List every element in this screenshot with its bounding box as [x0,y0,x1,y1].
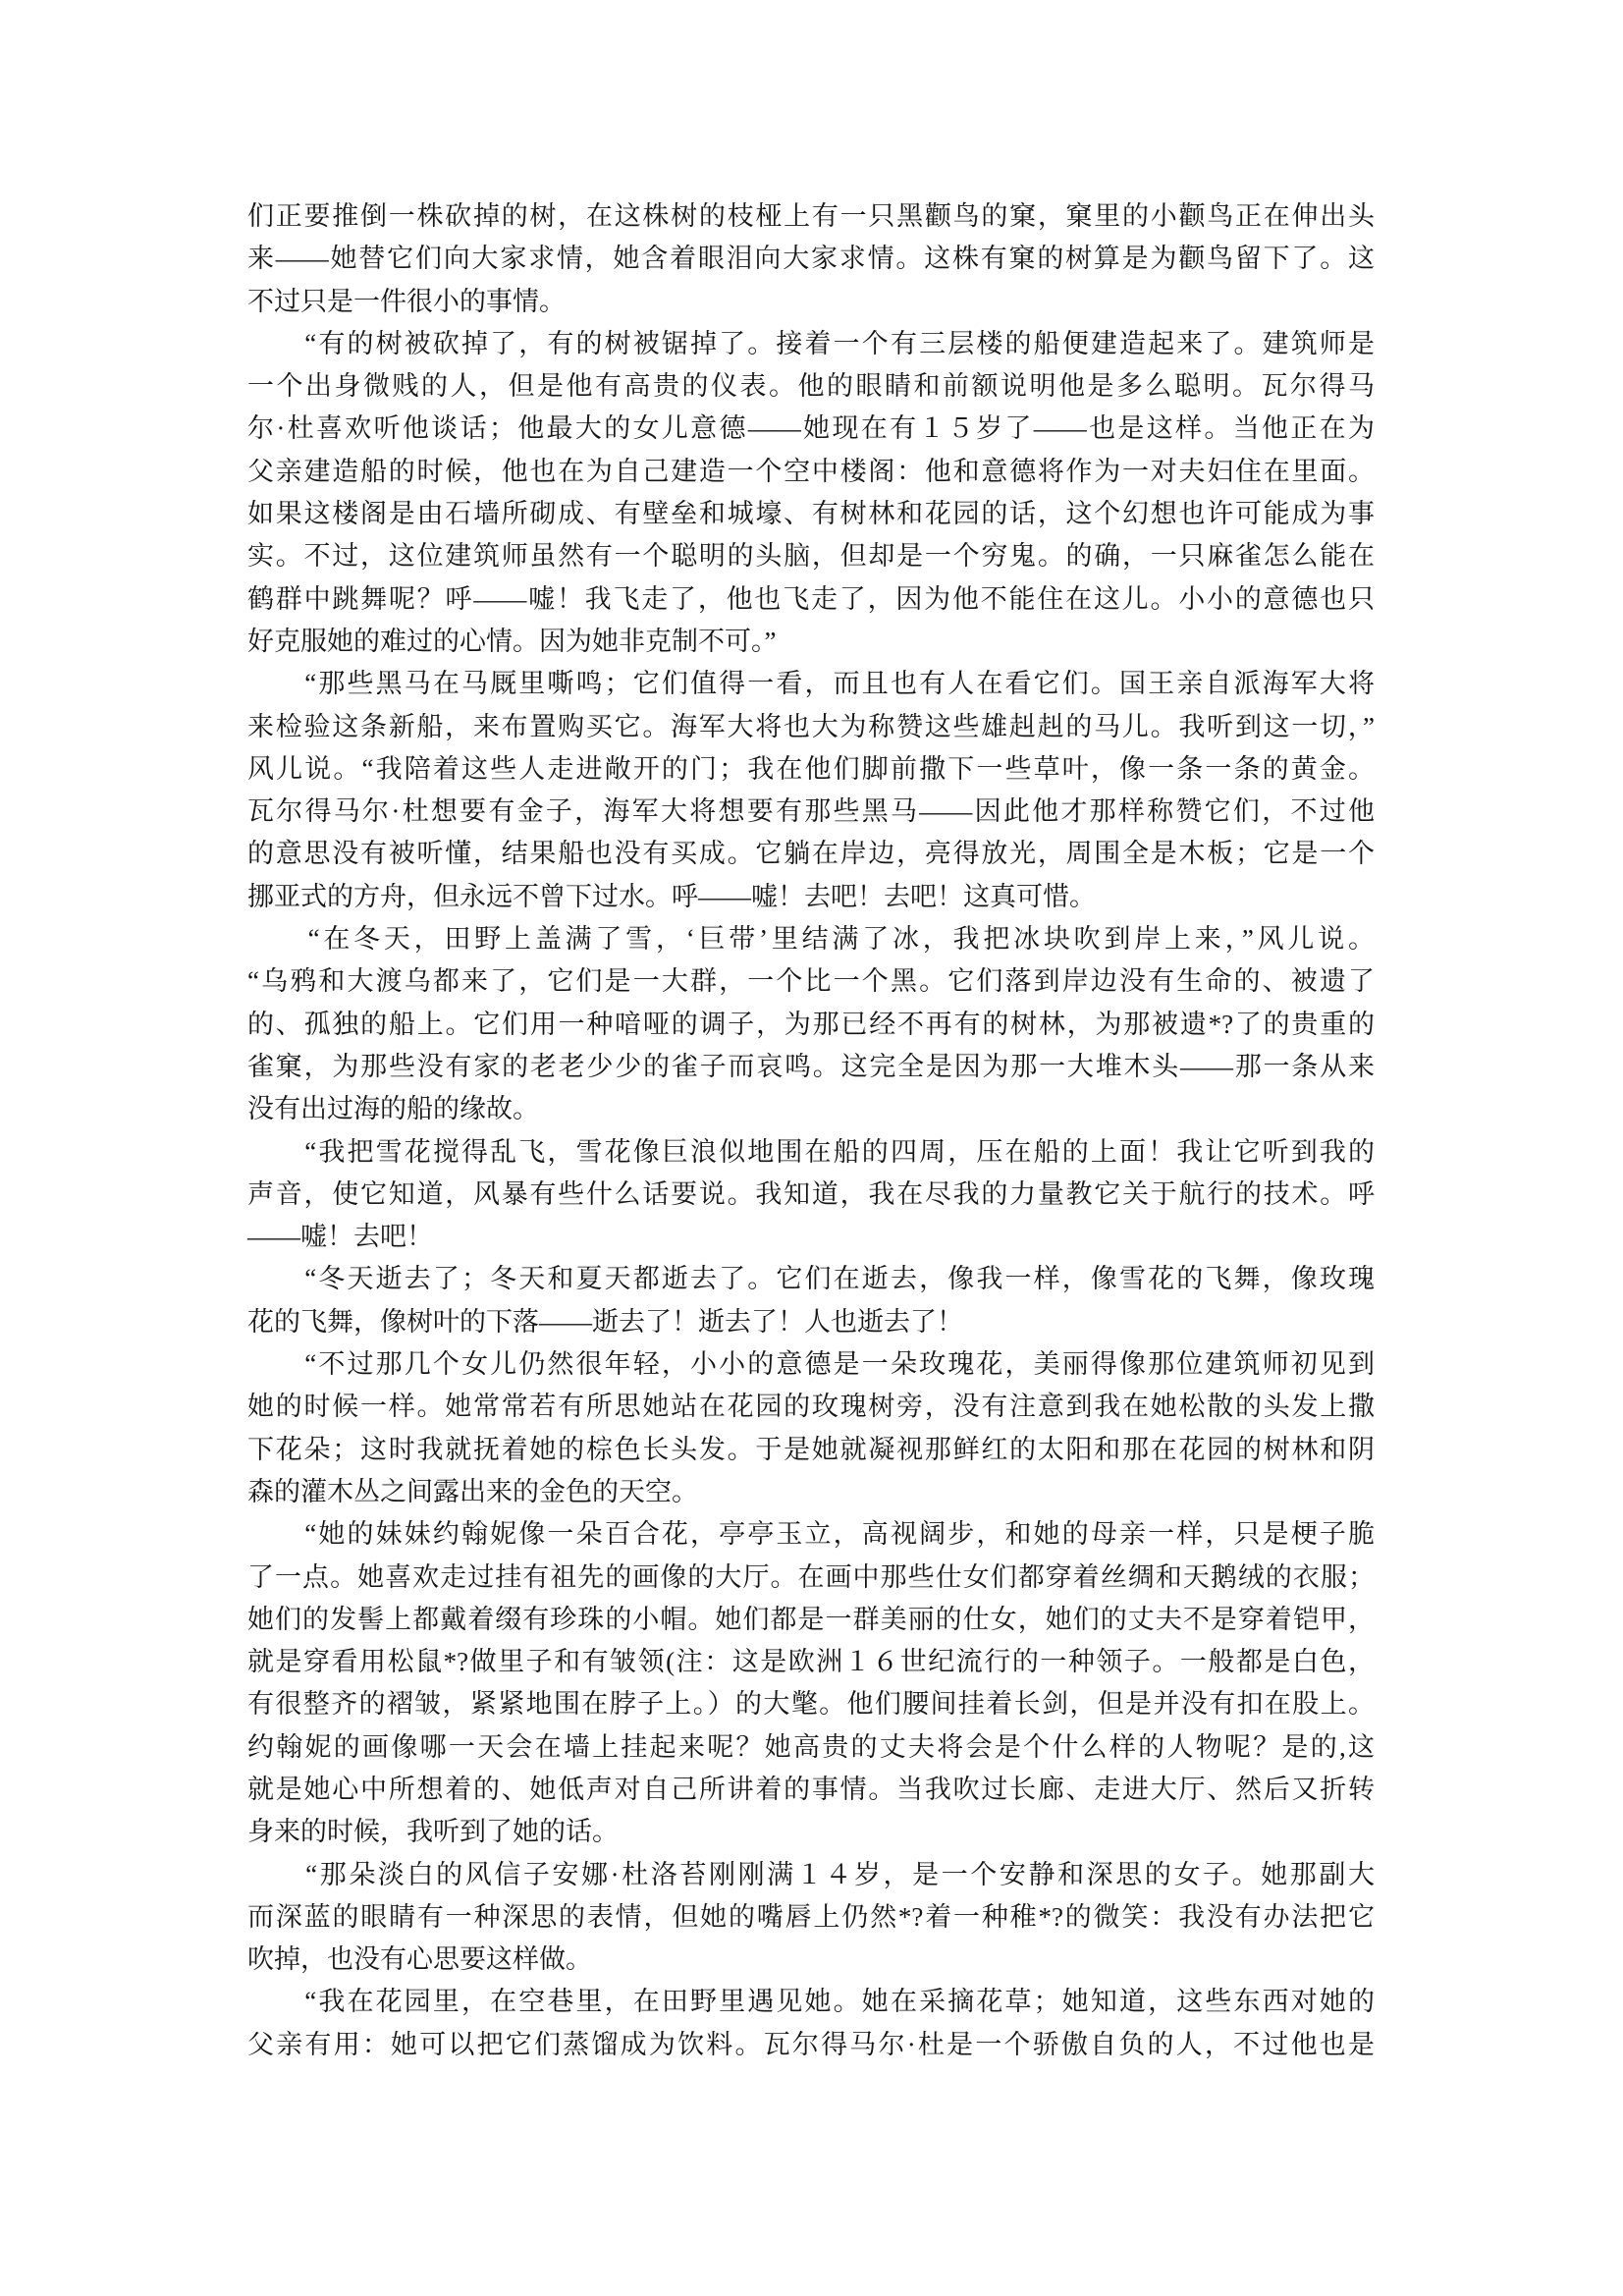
text-line: 来——她替它们向大家求情，她含着眼泪向大家求情。这株有窠的树算是为颧鸟留下了。这 [247,238,1375,280]
text-line: “冬天逝去了；冬天和夏天都逝去了。它们在逝去，像我一样，像雪花的飞舞，像玫瑰 [247,1258,1375,1300]
text-line: 而深蓝的眼睛有一种深思的表情，但她的嘴唇上仍然*?着一种稚*?的微笑：我没有办法… [247,1896,1375,1939]
text-line: 了一点。她喜欢走过挂有祖先的画像的大厅。在画中那些仕女们都穿着丝绸和天鹅绒的衣服… [247,1557,1375,1599]
text-line: 风儿说。“我陪着这些人走进敞开的门；我在他们脚前撒下一些草叶，像一条一条的黄金。 [247,748,1375,791]
text-line: 鹤群中跳舞呢？呼——嘘！我飞走了，他也飞走了，因为他不能住在这儿。小小的意德也只 [247,578,1375,621]
text-line: 尔·杜喜欢听他谈话；他最大的女儿意德——她现在有１５岁了——也是这样。当他正在为 [247,408,1375,450]
text-line: 瓦尔得马尔·杜想要有金子，海军大将想要有那些黑马——因此他才那样称赞它们，不过他 [247,791,1375,833]
text-line: 雀窠，为那些没有家的老老少少的雀子而哀鸣。这完全是因为那一大堆木头——那一条从来 [247,1046,1375,1088]
text-line: “有的树被砍掉了，有的树被锯掉了。接着一个有三层楼的船便建造起来了。建筑师是 [247,323,1375,365]
text-line: 父亲建造船的时候，他也在为自己建造一个空中楼阁：他和意德将作为一对夫妇住在里面。 [247,451,1375,493]
text-line: 声音，使它知道，风暴有些什么话要说。我知道，我在尽我的力量教它关于航行的技术。呼 [247,1174,1375,1216]
text-line: 不过只是一件很小的事情。 [247,281,1375,323]
text-line: 有很整齐的褶皱，紧紧地围在脖子上。）的大氅。他们腰间挂着长剑，但是并没有扣在股上… [247,1683,1375,1725]
text-line: “我把雪花搅得乱飞，雪花像巨浪似地围在船的四周，压在船的上面！我让它听到我的 [247,1131,1375,1174]
text-line: 森的灌木丛之间露出来的金色的天空。 [247,1471,1375,1513]
text-line: 下花朵；这时我就抚着她的棕色长头发。于是她就凝视那鲜红的太阳和那在花园的树林和阴 [247,1429,1375,1471]
text-line: “不过那几个女儿仍然很年轻，小小的意德是一朵玫瑰花，美丽得像那位建筑师初见到 [247,1343,1375,1386]
text-line: 没有出过海的船的缘故。 [247,1088,1375,1130]
text-line: 们正要推倒一株砍掉的树，在这株树的枝桠上有一只黑颧鸟的窠，窠里的小颧鸟正在伸出头 [247,195,1375,238]
text-line: 挪亚式的方舟，但永远不曾下过水。呼——嘘！去吧！去吧！这真可惜。 [247,876,1375,918]
page-text: 们正要推倒一株砍掉的树，在这株树的枝桠上有一只黑颧鸟的窠，窠里的小颧鸟正在伸出头… [247,195,1375,2066]
text-line: 身来的时候，我听到了她的话。 [247,1811,1375,1853]
text-line: 就是穿看用松鼠*?做里子和有皱领(注：这是欧洲１６世纪流行的一种领子。一般都是白… [247,1641,1375,1683]
text-line: 吹掉，也没有心思要这样做。 [247,1939,1375,1981]
text-line: 实。不过，这位建筑师虽然有一个聪明的头脑，但却是一个穷鬼。的确，一只麻雀怎么能在 [247,535,1375,577]
document-page: 们正要推倒一株砍掉的树，在这株树的枝桠上有一只黑颧鸟的窠，窠里的小颧鸟正在伸出头… [0,0,1623,2296]
text-line: “乌鸦和大渡乌都来了，它们是一大群，一个比一个黑。它们落到岸边没有生命的、被遗了 [247,960,1375,1003]
text-line: 的意思没有被听懂，结果船也没有买成。它躺在岸边，亮得放光，周围全是木板；它是一个 [247,833,1375,875]
text-line: 约翰妮的画像哪一天会在墙上挂起来呢？她高贵的丈夫将会是个什么样的人物呢？是的,这 [247,1726,1375,1769]
text-line: “那些黑马在马厩里嘶鸣；它们值得一看，而且也有人在看它们。国王亲自派海军大将 [247,663,1375,705]
text-line: 花的飞舞，像树叶的下落——逝去了！逝去了！人也逝去了！ [247,1301,1375,1343]
text-line: “那朵淡白的风信子安娜·杜洛苔刚刚满１４岁，是一个安静和深思的女子。她那副大 [247,1854,1375,1896]
text-line: 她的时候一样。她常常若有所思她站在花园的玫瑰树旁，没有注意到我在她松散的头发上撒 [247,1386,1375,1428]
text-line: 如果这楼阁是由石墙所砌成、有壁垒和城壕、有树林和花园的话，这个幻想也许可能成为事 [247,493,1375,535]
text-line: 就是她心中所想着的、她低声对自己所讲着的事情。当我吹过长廊、走进大厅、然后又折转 [247,1769,1375,1811]
text-line: 一个出身微贱的人，但是他有高贵的仪表。他的眼睛和前额说明他是多么聪明。瓦尔得马 [247,365,1375,408]
text-line: “我在花园里，在空巷里，在田野里遇见她。她在采摘花草；她知道，这些东西对她的 [247,1981,1375,2023]
text-line: 父亲有用：她可以把它们蒸馏成为饮料。瓦尔得马尔·杜是一个骄傲自负的人，不过他也是 [247,2024,1375,2066]
text-line: 好克服她的难过的心情。因为她非克制不可。” [247,621,1375,663]
text-line: “在冬天，田野上盖满了雪，‘巨带’里结满了冰，我把冰块吹到岸上来，”风儿说。 [247,918,1375,960]
text-line: ——嘘！去吧！ [247,1216,1375,1258]
text-line: 的、孤独的船上。它们用一种喑哑的调子，为那已经不再有的树林，为那被遗*?了的贵重… [247,1004,1375,1046]
text-line: 她们的发髻上都戴着缀有珍珠的小帽。她们都是一群美丽的仕女，她们的丈夫不是穿着铠甲… [247,1599,1375,1641]
text-line: “她的妹妹约翰妮像一朵百合花，亭亭玉立，高视阔步，和她的母亲一样，只是梗子脆 [247,1513,1375,1556]
text-line: 来检验这条新船，来布置购买它。海军大将也大为称赞这些雄赳赳的马儿。我听到这一切，… [247,706,1375,748]
